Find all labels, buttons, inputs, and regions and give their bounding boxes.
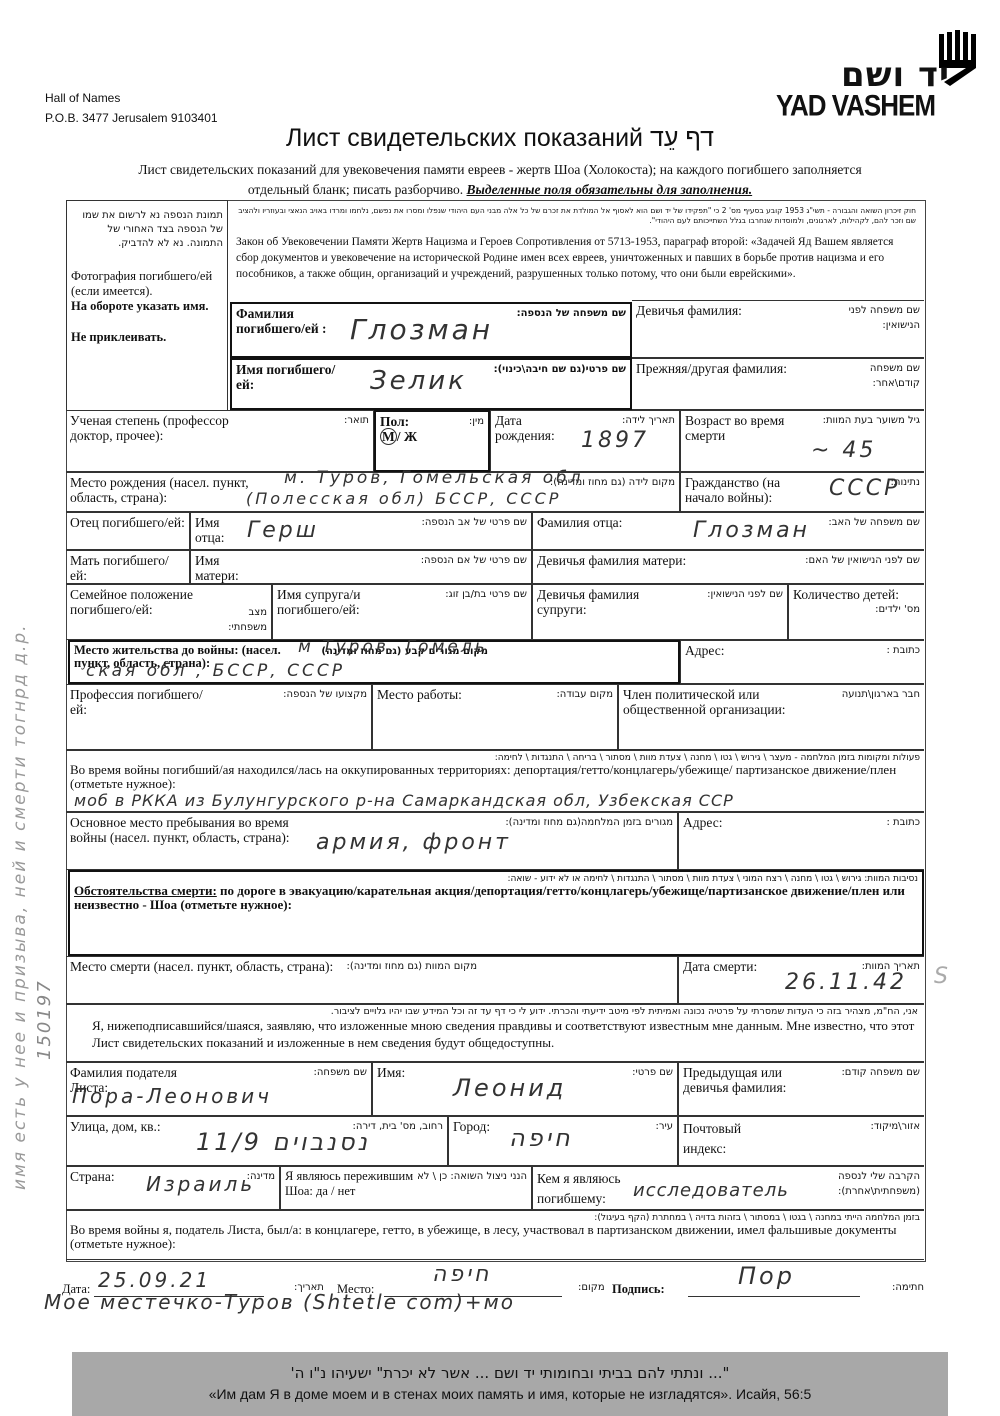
children-label: Количество детей: — [793, 587, 920, 602]
photo-note-name: На обороте указать имя. — [71, 299, 223, 314]
father-name-label: Имя отца: — [195, 515, 245, 545]
victim-sex-he: מין: — [469, 414, 484, 429]
victim-othername-label: Прежняя/другая фамилия: — [636, 361, 787, 376]
source-note: Мое местечко-Туров (Shtetle com)+мо — [44, 1290, 515, 1314]
residence-address-he: כתובת : — [887, 643, 921, 658]
submitter-postal-he: אזור\מיקוד: — [870, 1119, 920, 1134]
spouse-name-he: שם פרטי בת/בן זוג: — [445, 587, 527, 602]
submitter-wartime-field[interactable]: בזמן המלחמה הייתי במחנה \ בגטו \ במסתור … — [66, 1210, 924, 1260]
submitter-city-label: Город: — [453, 1119, 490, 1134]
submitter-country-field[interactable]: Страна: מדינה: Израиль — [66, 1166, 280, 1210]
law-text: חוק זיכרון השואה והגבורה - תשי"ג 1953 קו… — [228, 200, 924, 300]
victim-surname-he: שם משפחה של הנספה: — [517, 306, 626, 321]
father-name-he: שם פרטי של אב הנספה: — [422, 515, 527, 530]
submitter-firstname-field[interactable]: Имя: שם פרטי: Леонид — [372, 1062, 678, 1116]
submitter-relation-label: Кем я являюсь погибшему: — [537, 1169, 647, 1209]
photo-he: תמונת הנספה נא לרשום את שמו של הנספה בצד… — [71, 209, 223, 251]
father-name-value: Герш — [247, 523, 319, 538]
victim-age-field[interactable]: Возраст во время смерти גיל משוער בעת המ… — [680, 410, 924, 472]
org-name: Hall of Names — [45, 88, 218, 108]
signature-label: Подпись: — [612, 1282, 665, 1297]
workplace-he: מקום עבודה: — [556, 687, 613, 702]
submitter-wartime-label: Во время войны я, податель Листа, был/а:… — [70, 1223, 920, 1251]
victim-citizenship-field[interactable]: Гражданство (на начало войны): נתינות: С… — [680, 472, 924, 512]
victim-birthplace-field[interactable]: Место рождения (насел. пункт, область, с… — [66, 472, 680, 512]
residence-field[interactable]: Место жительства до войны: (насел. пункт… — [68, 640, 680, 684]
victim-birthdate-he: תאריך לידה: — [622, 413, 675, 428]
spouse-maiden-field[interactable]: Девичья фамилия супруги: שם לפני הנישואי… — [532, 584, 788, 640]
law-russian: Закон об Увековечении Памяти Жертв Нациз… — [236, 234, 916, 282]
footer-he: "... ונתתי להם בביתי ובחומותי יד ושם ...… — [72, 1364, 948, 1382]
page-title: Лист свидетельских показаний דף עֵד — [0, 124, 1000, 153]
mother-name-label: Имя матери: — [195, 553, 245, 583]
submitter-street-label: Улица, дом, кв.: — [70, 1119, 161, 1134]
submitter-surname-he: שם משפחה: — [314, 1065, 367, 1080]
declaration-ru: Я, нижеподписавшийся/шаяся, заявляю, что… — [72, 1017, 918, 1051]
date-value: 25.09.21 — [98, 1268, 211, 1292]
father-surname-field[interactable]: Фамилия отца: שם משפחה של האב: Глозман — [532, 512, 924, 550]
submitter-survivor-field[interactable]: Я являюсь пережившим Шоа: да / нет הנני … — [280, 1166, 532, 1210]
wartime-place-value: армия, фронт — [316, 835, 511, 850]
submitter-survivor-he: הנני ניצול השואה: כן \ לא — [417, 1169, 527, 1184]
death-place-he: מקום המוות (גם מחוז ומדינה): — [347, 959, 478, 974]
logo-english: YAD VASHEM — [776, 88, 935, 124]
profession-he: מקצועו של הנספה: — [283, 687, 367, 702]
footer-ru: «Им дам Я в доме моем и в стенах моих па… — [72, 1386, 948, 1402]
wartime-value: моб в РККА из Булунгурского р-на Самарка… — [74, 793, 734, 808]
victim-age-value: ~ 45 — [811, 443, 876, 458]
victim-citizenship-value: СССР — [829, 481, 900, 496]
photo-note-noglue: Не приклеивать. — [71, 330, 223, 345]
spouse-maiden-label: Девичья фамилия супруги: — [537, 587, 667, 617]
submitter-relation-field[interactable]: Кем я являюсь погибшему: הקרבה שלי לנספה… — [532, 1166, 924, 1210]
mother-maiden-label: Девичья фамилия матери: — [537, 553, 686, 568]
submitter-street-field[interactable]: Улица, дом, кв.: רחוב, מס' בית, דירה: 11… — [66, 1116, 448, 1166]
mother-name-field[interactable]: Имя матери: שם פרטי של אם הנספה: — [190, 550, 532, 584]
victim-surname-field[interactable]: Фамилия погибшего/ей : שם משפחה של הנספה… — [230, 302, 632, 358]
submitter-firstname-label: Имя: — [377, 1065, 405, 1080]
submitter-relation-value: исследователь — [633, 1183, 789, 1198]
residence-value-1: м Туров, Гомель — [298, 640, 488, 655]
profession-field[interactable]: Профессия погибшего/ей: מקצועו של הנספה: — [66, 684, 372, 750]
victim-sex-options[interactable]: М/ Ж — [380, 429, 484, 444]
wartime-place-field[interactable]: Основное место пребывания во время войны… — [66, 812, 678, 870]
margin-note-code: 150197 — [34, 979, 55, 1060]
submitter-prevname-field[interactable]: Предыдущая или девичья фамилия: שם משפחה… — [678, 1062, 924, 1116]
death-circumstances-label-bold: Обстоятельства смерти: — [74, 883, 217, 898]
subtitle-emphasis: Выделенные поля обязательны для заполнен… — [467, 182, 753, 197]
place-he: :מקום — [578, 1282, 605, 1293]
submitter-city-value: חיפה — [509, 1131, 573, 1146]
victim-title-field[interactable]: Ученая степень (профессор доктор, прочее… — [66, 410, 374, 472]
spouse-name-label: Имя супруга/и погибшего/ей: — [277, 587, 387, 617]
children-he: מס' ילדים: — [793, 602, 920, 617]
margin-note-right: S — [934, 964, 951, 989]
submitter-country-value: Израиль — [146, 1177, 255, 1192]
father-surname-label: Фамилия отца: — [537, 515, 622, 530]
wartime-address-label: Адрес: — [683, 815, 722, 830]
victim-age-he: גיל משוער בעת המוות: — [823, 413, 920, 428]
wartime-field[interactable]: פעולות ומקומות בזמן המלחמה - מעצר \ גירו… — [66, 750, 924, 812]
wartime-address-he: כתובת : — [887, 815, 921, 830]
victim-firstname-value: Зелик — [370, 374, 467, 389]
victim-surname-value: Глозман — [350, 322, 493, 337]
victim-sex-selected: М — [380, 428, 397, 445]
organization-label: Член политической или общественной орган… — [623, 687, 823, 717]
death-place-label: Место смерти (насел. пункт, область, стр… — [70, 959, 333, 974]
death-place-field[interactable]: Место смерти (насел. пункт, область, стр… — [66, 956, 678, 1004]
margin-note-vertical: имя есть у нее и призыва, ней и смерти т… — [10, 623, 30, 1190]
victim-age-label: Возраст во время смерти — [685, 413, 785, 443]
victim-citizenship-label: Гражданство (на начало войны): — [685, 475, 815, 505]
victim-birthplace-value-1: м. Туров, Гомельская обл — [284, 471, 584, 486]
declaration: אני, הח"מ, מצהיר בזה כי העדות שמסרתי על … — [66, 1004, 924, 1062]
law-hebrew: חוק זיכרון השואה והגבורה - תשי"ג 1953 קו… — [236, 206, 916, 226]
mother-name-he: שם פרטי של אם הנספה: — [421, 553, 527, 568]
signature-he: :חתימה — [892, 1282, 924, 1293]
victim-birthdate-value: 1897 — [581, 433, 649, 448]
wartime-place-he: מגורים בזמן המלחמה(גם מחוז ומדינה): — [505, 815, 673, 830]
workplace-field[interactable]: Место работы: מקום עבודה: — [372, 684, 618, 750]
residence-address-field[interactable]: Адрес: כתובת : — [680, 640, 924, 684]
submitter-postal-label: Почтовый индекс: — [683, 1119, 763, 1159]
submitter-surname-field[interactable]: Фамилия подателя Листа: שם משפחה: Пора-Л… — [66, 1062, 372, 1116]
photo-box[interactable]: תמונת הנספה נא לרשום את שמו של הנספה בצד… — [66, 200, 228, 410]
submitter-prevname-label: Предыдущая или девичья фамилия: — [683, 1065, 803, 1095]
signature-value: Пор — [738, 1262, 795, 1290]
victim-maiden-he: שם משפחה לפני הנישואין: — [840, 303, 920, 333]
death-circumstances-field[interactable]: נסיבות המוות: גירוש \ גטו \ מחנה \ רצח ה… — [68, 870, 924, 956]
submitter-relation-he: הקרבה שלי לנספה (משפחתית\אחרת): — [830, 1169, 920, 1199]
victim-maiden-field[interactable]: Девичья фамилия: שם משפחה לפני הנישואין: — [632, 300, 924, 358]
mother-label: Мать погибшего/ей: — [66, 550, 190, 584]
profession-label: Профессия погибшего/ей: — [70, 687, 210, 717]
submitter-street-value: 11/9 נסנבוים — [196, 1135, 370, 1150]
victim-othername-field[interactable]: Прежняя/другая фамилия: שם משפחה קודם\אח… — [632, 358, 924, 410]
marital-he: מצב משפחתי: — [227, 605, 267, 635]
death-date-label: Дата смерти: — [683, 959, 757, 974]
wartime-place-label: Основное место пребывания во время войны… — [70, 815, 310, 845]
workplace-label: Место работы: — [377, 687, 462, 702]
father-surname-value: Глозман — [693, 523, 810, 538]
spouse-maiden-he: שם לפני הנישואין: — [707, 587, 783, 602]
wartime-address-field[interactable]: Адрес: כתובת : — [678, 812, 924, 870]
submitter-city-he: עיר: — [655, 1119, 673, 1134]
victim-firstname-label: Имя погибшего/ей: — [236, 362, 346, 392]
photo-label: Фотография погибшего/ей (если имеется). — [71, 269, 223, 299]
victim-birthdate-label: Дата рождения: — [495, 413, 575, 443]
declaration-he: אני, הח"מ, מצהיר בזה כי העדות שמסרתי על … — [72, 1007, 918, 1017]
signature-line[interactable] — [688, 1296, 860, 1297]
submitter-firstname-he: שם פרטי: — [632, 1065, 673, 1080]
organization-field[interactable]: Член политической или общественной орган… — [618, 684, 924, 750]
death-date-value: 26.11.42 — [785, 975, 907, 990]
victim-sex-field[interactable]: Пол: М/ Ж מין: — [374, 410, 490, 472]
submitter-country-label: Страна: — [70, 1169, 115, 1184]
victim-maiden-label: Девичья фамилия: — [636, 303, 742, 318]
father-name-field[interactable]: Имя отца: שם פרטי של אב הנספה: Герш — [190, 512, 532, 550]
page-subtitle: Лист свидетельских показаний для увекове… — [130, 160, 870, 200]
mother-maiden-field[interactable]: Девичья фамилия матери: שם לפני הנישואין… — [532, 550, 924, 584]
victim-surname-label: Фамилия погибшего/ей : — [236, 306, 346, 336]
submitter-survivor-label: Я являюсь пережившим Шоа: да / нет — [285, 1169, 425, 1199]
father-label: Отец погибшего/ей: — [66, 512, 190, 550]
footer-quote: "... ונתתי להם בביתי ובחומותי יד ושם ...… — [72, 1352, 948, 1416]
yad-vashem-logo: יד ושם YAD VASHEM — [770, 30, 980, 120]
children-field[interactable]: Количество детей: מס' ילדים: — [788, 584, 924, 640]
victim-othername-he: שם משפחה קודם\אחר: — [850, 361, 920, 391]
victim-birthdate-field[interactable]: Дата рождения: תאריך לידה: 1897 — [490, 410, 680, 472]
victim-title-he: תואר: — [344, 413, 369, 428]
mother-maiden-he: שם לפני הנישואין של האם: — [805, 553, 920, 568]
place-value: חיפה — [432, 1262, 491, 1287]
submitter-city-field[interactable]: Город: עיר: חיפה — [448, 1116, 678, 1166]
death-date-field[interactable]: Дата смерти: תאריך המוות: 26.11.42 — [678, 956, 924, 1004]
spouse-name-field[interactable]: Имя супруга/и погибшего/ей: שם פרטי בת/ב… — [272, 584, 532, 640]
father-surname-he: שם משפחה של האב: — [828, 515, 920, 530]
wartime-label: Во время войны погибший/ая находился/лас… — [70, 763, 920, 791]
marital-field[interactable]: Семейное положение погибшего/ей: מצב משפ… — [66, 584, 272, 640]
org-address: Hall of Names P.O.B. 3477 Jerusalem 9103… — [45, 88, 218, 128]
victim-firstname-he: שם פרטי(גם שם חיבה\כינוי): — [494, 362, 626, 377]
victim-firstname-field[interactable]: Имя погибшего/ей: שם פרטי(גם שם חיבה\כינ… — [230, 358, 632, 410]
submitter-postal-field[interactable]: Почтовый индекс: אזור\מיקוד: — [678, 1116, 924, 1166]
submitter-surname-value: Пора-Леонович — [72, 1089, 272, 1104]
residence-value-2: ская обл , БССР, СССР — [86, 664, 345, 679]
organization-he: חבר בארגון\תנועה — [842, 687, 920, 702]
victim-birthplace-value-2: (Полесская обл) БССР, СССР — [246, 491, 561, 506]
victim-title-label: Ученая степень (профессор доктор, прочее… — [70, 413, 270, 443]
submitter-prevname-he: שם משפחה קודם: — [841, 1065, 920, 1080]
marital-label: Семейное положение погибшего/ей: — [70, 587, 230, 617]
submitter-firstname-value: Леонид — [453, 1081, 566, 1096]
residence-address-label: Адрес: — [685, 643, 724, 658]
